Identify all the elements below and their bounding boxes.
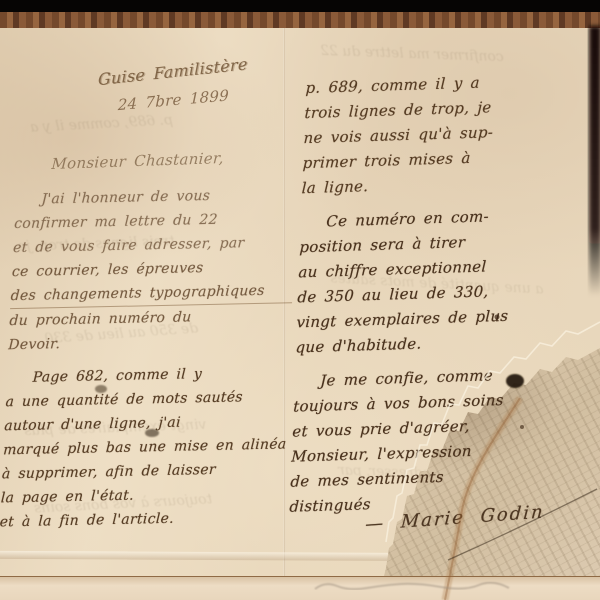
salutation: Monsieur Chastanier, <box>51 149 224 173</box>
handwritten-line: Devoir. <box>8 327 291 357</box>
left-text-column: J'ai l'honneur de vous confirmer ma lett… <box>0 182 298 534</box>
letter-place: Guise Familistère <box>98 54 248 89</box>
handwritten-line: et à la fin de l'article. <box>0 504 282 534</box>
photograph-of-handwritten-letter: p. 689, comme il y a trois lignes de tro… <box>0 0 600 600</box>
right-text-column: p. 689, comme il y a trois lignes de tro… <box>289 67 600 520</box>
letter-date: 24 7bre 1899 <box>118 86 229 114</box>
handwriting-layer: Guise Familistère 24 7bre 1899 Monsieur … <box>0 0 600 600</box>
